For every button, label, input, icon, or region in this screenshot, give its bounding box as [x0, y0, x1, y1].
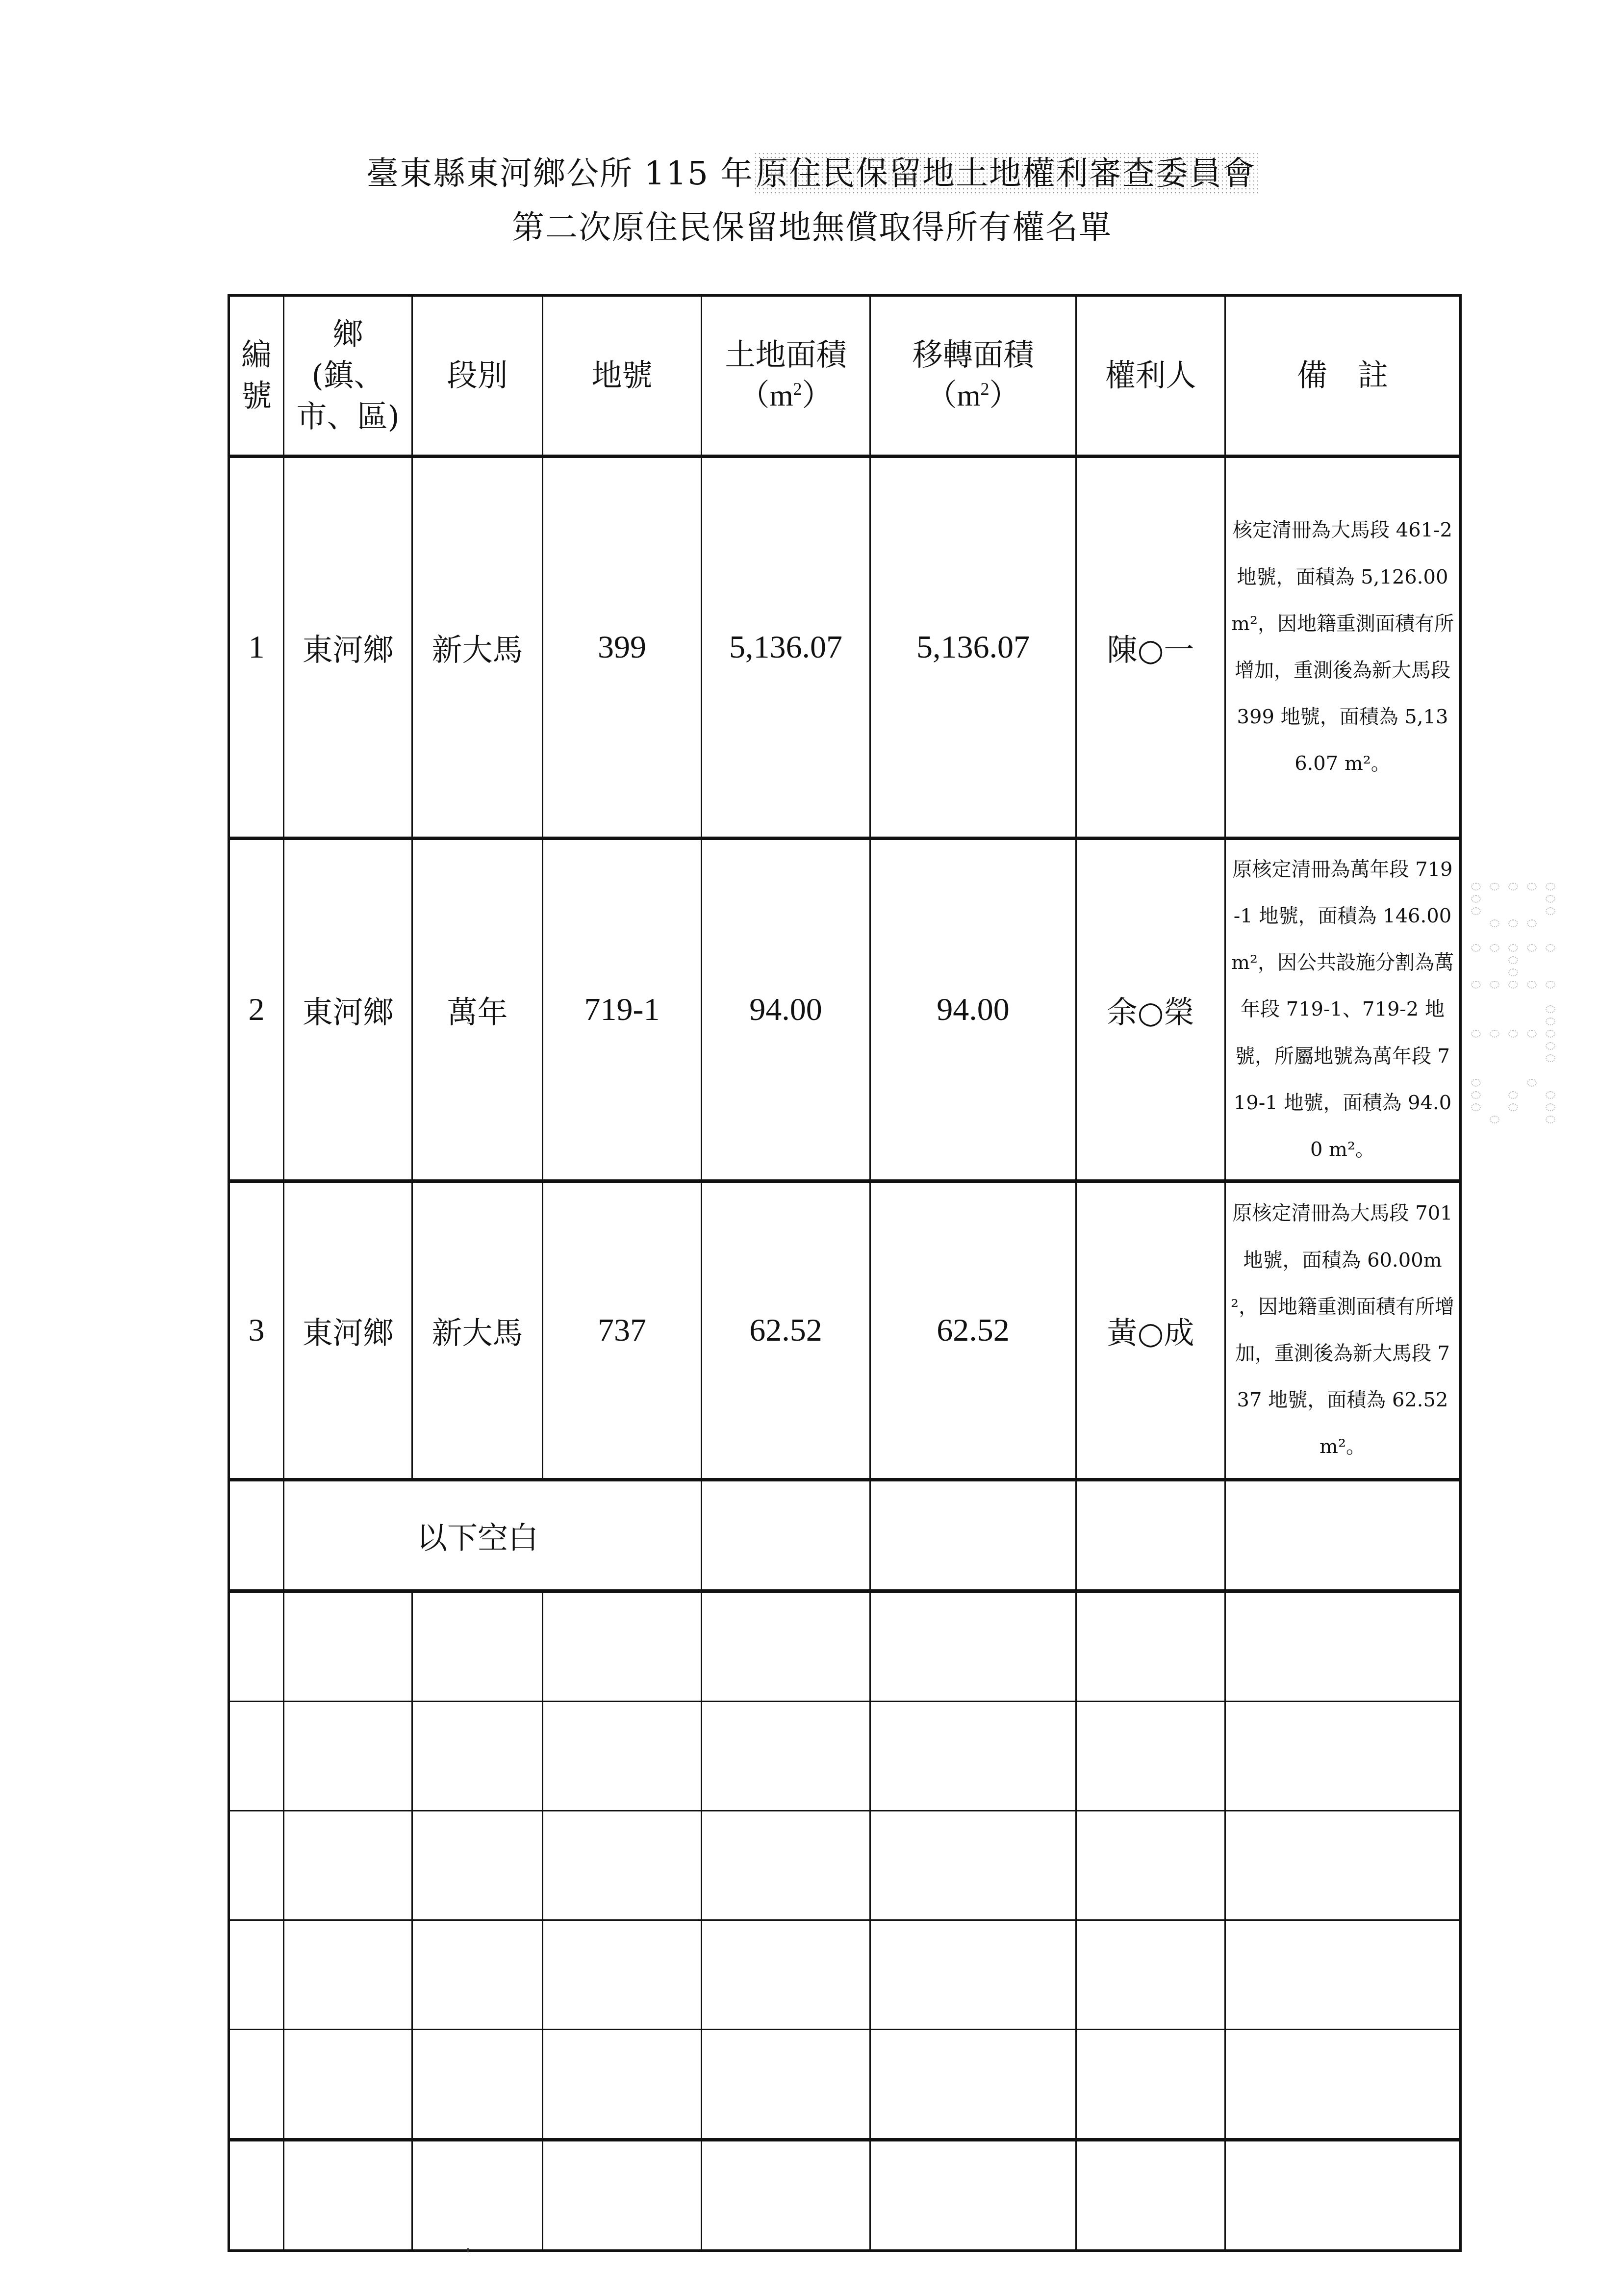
cell-section: 新大馬 [412, 457, 543, 839]
cell-remarks: 核定清冊為大馬段 461-2 地號，面積為 5,126.00m²，因地籍重測面積… [1225, 457, 1461, 839]
table-row: 2 東河鄉 萬年 719-1 94.00 94.00 余○榮 原核定清冊為萬年段… [229, 839, 1461, 1181]
header-transfer-area: 移轉面積 （m2） [870, 296, 1076, 457]
empty-row [229, 1591, 1461, 1702]
header-land-area: 土地面積 （m2） [702, 296, 870, 457]
header-owner: 權利人 [1076, 296, 1225, 457]
cell-section: 新大馬 [412, 1181, 543, 1480]
header-transfer-area-label: 移轉面積 [871, 334, 1075, 376]
cell-empty [702, 1480, 870, 1591]
empty-row [229, 1702, 1461, 1811]
cell-township: 東河鄉 [284, 457, 412, 839]
cell-owner: 黃○成 [1076, 1181, 1225, 1480]
empty-row [229, 1920, 1461, 2030]
cell-remarks: 原核定清冊為萬年段 719-1 地號，面積為 146.00 m²，因公共設施分割… [1225, 839, 1461, 1181]
table-header-row: 編 號 鄉 (鎮、 市、區) 段別 地號 土地面積 （m2） 移轉面積 （m2）… [229, 296, 1461, 457]
cell-transfer-area: 94.00 [870, 839, 1076, 1181]
cell-lot: 399 [543, 457, 702, 839]
cell-no: 1 [229, 457, 284, 839]
cell-remarks: 原核定清冊為大馬段 701 地號，面積為 60.00m²，因地籍重測面積有所增加… [1225, 1181, 1461, 1480]
cell-empty [1225, 1480, 1461, 1591]
cell-empty [229, 1480, 284, 1591]
header-township-line3: 市、區) [284, 396, 411, 437]
empty-row [229, 2140, 1461, 2251]
cell-empty [870, 1480, 1076, 1591]
cell-no: 3 [229, 1181, 284, 1480]
cell-township: 東河鄉 [284, 839, 412, 1181]
header-township: 鄉 (鎮、 市、區) [284, 296, 412, 457]
cell-land-area: 5,136.07 [702, 457, 870, 839]
cell-transfer-area: 5,136.07 [870, 457, 1076, 839]
blank-marker-label: 以下空白 [284, 1480, 702, 1591]
cell-lot: 737 [543, 1181, 702, 1480]
header-lot: 地號 [543, 296, 702, 457]
header-remarks: 備 註 [1225, 296, 1461, 457]
cell-section: 萬年 [412, 839, 543, 1181]
cell-owner: 陳○一 [1076, 457, 1225, 839]
cell-lot: 719-1 [543, 839, 702, 1181]
header-no: 編 號 [229, 296, 284, 457]
cell-land-area: 94.00 [702, 839, 870, 1181]
document-title-line2: 第二次原住民保留地無償取得所有權名單 [0, 201, 1624, 248]
header-land-area-label: 土地面積 [702, 334, 869, 376]
header-township-line2: (鎮、 [284, 355, 411, 396]
scan-speck [467, 2248, 469, 2252]
header-transfer-area-unit: （m2） [871, 376, 1075, 417]
cell-land-area: 62.52 [702, 1181, 870, 1480]
empty-row [229, 1811, 1461, 1920]
cell-no: 2 [229, 839, 284, 1181]
header-no-line2: 號 [230, 376, 283, 417]
table-row: 3 東河鄉 新大馬 737 62.52 62.52 黃○成 原核定清冊為大馬段 … [229, 1181, 1461, 1480]
title-prefix: 臺東縣東河鄉公所 115 年 [366, 154, 754, 192]
scan-artifact-dots [1471, 883, 1569, 1285]
header-land-area-unit: （m2） [702, 376, 869, 417]
header-section: 段別 [412, 296, 543, 457]
blank-marker-row: 以下空白 [229, 1480, 1461, 1591]
ownership-roster-table: 編 號 鄉 (鎮、 市、區) 段別 地號 土地面積 （m2） 移轉面積 （m2）… [228, 294, 1462, 2252]
cell-owner: 余○榮 [1076, 839, 1225, 1181]
cell-township: 東河鄉 [284, 1181, 412, 1480]
empty-row [229, 2030, 1461, 2140]
header-township-line1: 鄉 [284, 314, 411, 355]
table-row: 1 東河鄉 新大馬 399 5,136.07 5,136.07 陳○一 核定清冊… [229, 457, 1461, 839]
document-title-line1: 臺東縣東河鄉公所 115 年原住民保留地土地權利審查委員會 [0, 147, 1624, 194]
header-no-line1: 編 [230, 334, 283, 376]
cell-transfer-area: 62.52 [870, 1181, 1076, 1480]
cell-empty [1076, 1480, 1225, 1591]
title-highlight: 原住民保留地土地權利審查委員會 [754, 152, 1258, 195]
